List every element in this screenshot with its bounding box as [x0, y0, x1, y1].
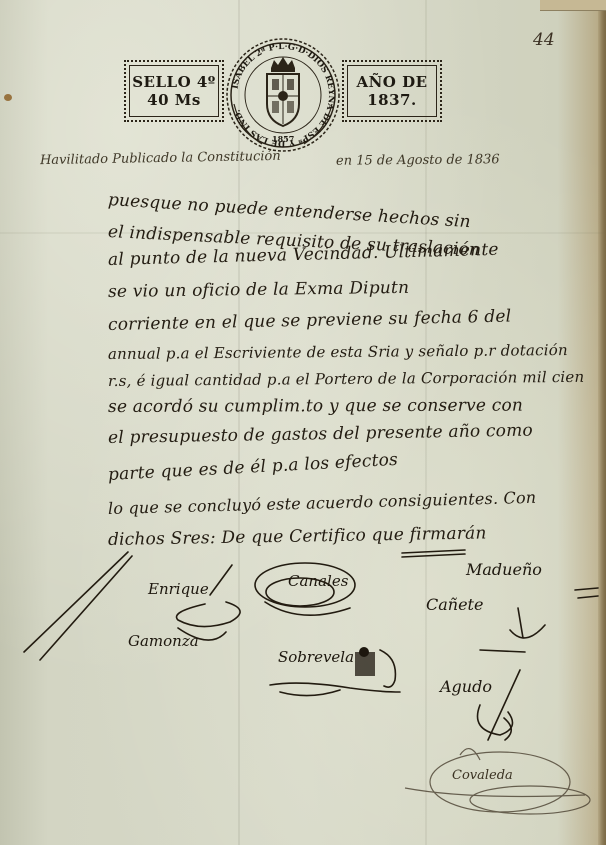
manuscript-line: corriente en el que se previene su fecha… — [108, 307, 512, 335]
signature: Enrique — [148, 580, 209, 598]
stamp-year-label: AÑO DE — [356, 73, 427, 91]
signature: Agudo — [440, 677, 492, 696]
stamp-year-box: AÑO DE 1837. — [342, 60, 442, 122]
signature: Madueño — [466, 560, 542, 579]
manuscript-line: se acordó su cumplim.to y que se conserv… — [108, 396, 523, 417]
margin-annotation-date: en 15 de Agosto de 1836 — [336, 152, 500, 168]
margin-annotation: Havilitado Publicado la Constitución — [40, 149, 281, 168]
manuscript-line: parte que es de él p.a los efectos — [107, 450, 398, 485]
royal-seal-icon: ISABEL 2ª P·L·G·D·DIOS REYNA DE ESPª Y D… — [222, 34, 344, 156]
stamp-sello-label: SELLO 4º — [132, 73, 216, 91]
manuscript-line: lo que se concluyó este acuerdo consigui… — [108, 488, 537, 518]
signature: Cañete — [426, 595, 483, 614]
signature: Sobrevela — [278, 648, 354, 666]
stamp-sello-box: SELLO 4º 40 Ms — [124, 60, 224, 122]
stamp-price-label: 40 Ms — [147, 91, 201, 109]
page-edge — [540, 0, 606, 11]
signature: Gamonza — [128, 632, 199, 650]
manuscript-line: r.s, é igual cantidad p.a el Portero de … — [108, 368, 584, 390]
manuscript-line: annual p.a el Escriviente de esta Sria y… — [108, 341, 568, 363]
ink-stain — [4, 94, 12, 101]
svg-text:1857: 1857 — [272, 134, 294, 144]
manuscript-line: el presupuesto de gastos del presente añ… — [108, 421, 533, 448]
manuscript-line: se vio un oficio de la Exma Diputn — [108, 278, 409, 302]
manuscript-line: dichos Sres: De que Certifico que firmar… — [108, 523, 487, 550]
folio-number: 44 — [533, 30, 555, 50]
signature: Canales — [288, 572, 348, 590]
stamp-year-value: 1837. — [367, 91, 416, 109]
manuscript-page: 44 SELLO 4º 40 Ms AÑO DE 1837. ISABEL 2ª… — [0, 0, 606, 845]
page-edge — [598, 0, 606, 845]
signature: Covaleda — [452, 768, 513, 783]
